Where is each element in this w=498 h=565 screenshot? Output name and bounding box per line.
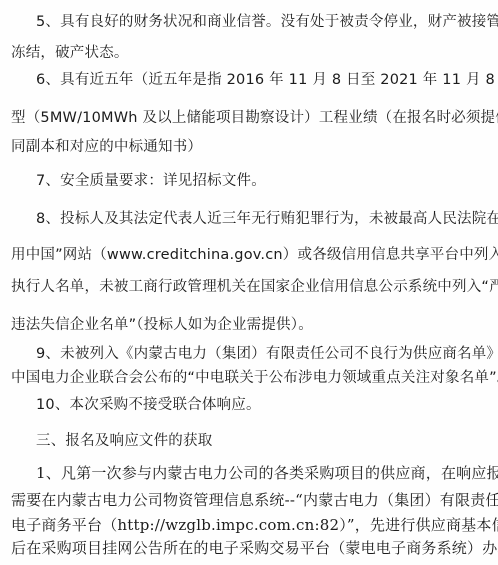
- item-8-line-3: 执行人名单，未被工商行政管理机关在国家企业信用信息公示系统中列入“严重: [11, 278, 473, 296]
- document-page: 5、具有良好的财务状况和商业信誉。没有处于被责令停业，财产被接管、 冻结，破产状…: [0, 0, 498, 565]
- section-3-item-1-line-1: 1、凡第一次参与内蒙古电力公司的各类采购项目的供应商，在响应报名前: [36, 464, 473, 482]
- item-7-line-1: 7、安全质量要求：详见招标文件。: [36, 172, 473, 190]
- item-8-line-4: 违法失信企业名单”（投标人如为企业需提供）。: [11, 316, 473, 334]
- item-5-line-2: 冻结，破产状态。: [11, 44, 473, 62]
- item-10-line-1: 10、本次采购不接受联合体响应。: [36, 396, 473, 414]
- item-8-line-1: 8、投标人及其法定代表人近三年无行贿犯罪行为，未被最高人民法院在“信: [36, 210, 473, 228]
- item-6-line-3: 同副本和对应的中标通知书）: [11, 138, 473, 156]
- item-9-line-2: 中国电力企业联合会公布的“中电联关于公布涉电力领域重点关注对象名单”。: [11, 369, 473, 387]
- item-6-line-2: 型（5MW/10MWh 及以上储能项目勘察设计）工程业绩（在报名时必须提供合: [11, 109, 473, 127]
- item-9-line-1: 9、未被列入《内蒙古电力（集团）有限责任公司不良行为供应商名单》和: [36, 345, 473, 363]
- item-5-line-1: 5、具有良好的财务状况和商业信誉。没有处于被责令停业，财产被接管、: [36, 13, 473, 31]
- item-8-line-2: 用中国”网站（www.creditchina.gov.cn）或各级信用信息共享平…: [11, 246, 473, 264]
- section-3-heading: 三、报名及响应文件的获取: [36, 432, 473, 450]
- section-3-item-1-line-2: 需要在内蒙古电力公司物资管理信息系统--“内蒙古电力（集团）有限责任公司: [11, 491, 473, 509]
- section-3-item-1-line-3: 电子商务平台（http://wzglb.impc.com.cn:82）”，先进行…: [11, 516, 473, 534]
- item-6-line-1: 6、具有近五年（近五年是指 2016 年 11 月 8 日至 2021 年 11…: [36, 71, 473, 89]
- section-3-item-1-line-4: 后在采购项目挂网公告所在的电子采购交易平台（蒙电电子商务系统）办理中招: [11, 539, 473, 557]
